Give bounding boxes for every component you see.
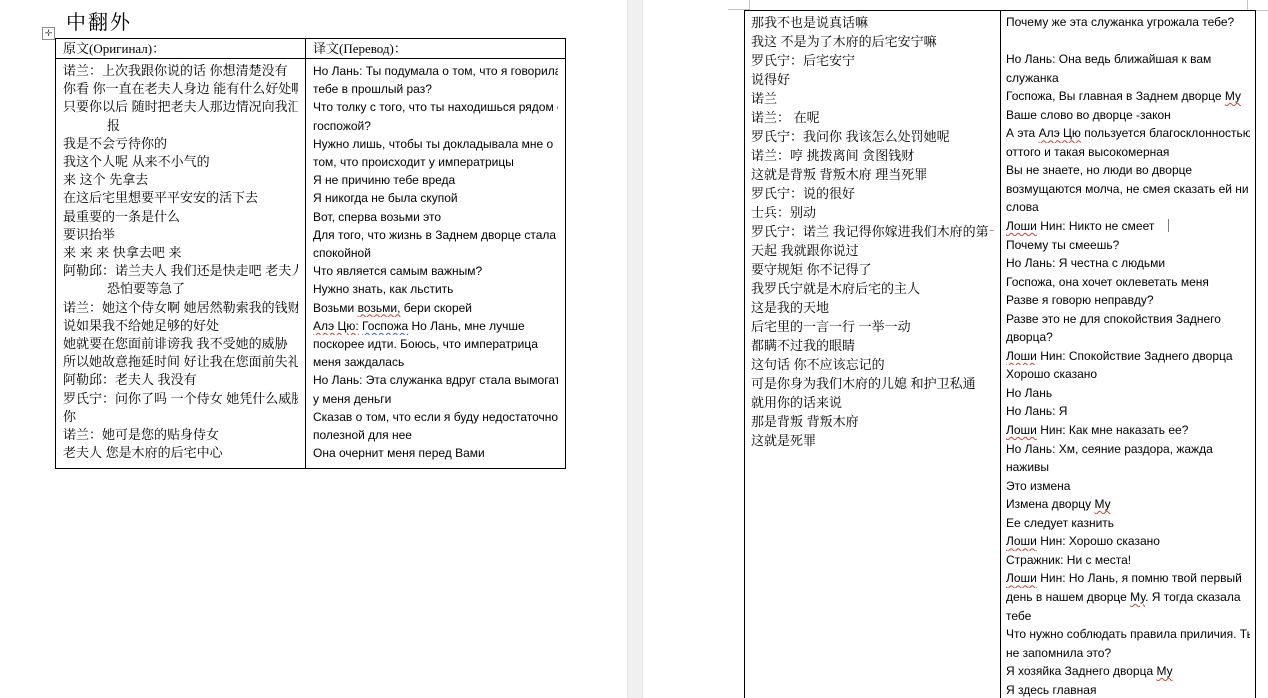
dialog-line: Лоши Нин: Никто не смеет [1006, 217, 1250, 236]
dialog-line: госпожой? [313, 117, 558, 135]
dialog-line: 我罗氏宁就是木府后宅的主人 [751, 279, 994, 298]
text-boundary-mark-left [728, 0, 750, 10]
column-header-target[interactable]: 译文(Перевод)： [306, 39, 565, 59]
page-2: 那我不也是说真话嘛我这 不是为了木府的后宅安宁嘛罗氏宁：后宅安宁说得好诺兰诺兰：… [643, 0, 1268, 698]
dialog-line: Я не причиню тебе вреда [313, 171, 558, 189]
dialog-line: Но Лань [1006, 384, 1250, 403]
dialog-line: Лоши Нин: Как мне наказать ее? [1006, 421, 1250, 440]
document-title: 中翻外 [66, 6, 132, 35]
dialog-line: 这句话 你不应该忘记的 [751, 355, 994, 374]
dialog-line: Но Лань: Я честна с людьми [1006, 254, 1250, 273]
source-text-cell[interactable]: 那我不也是说真话嘛我这 不是为了木府的后宅安宁嘛罗氏宁：后宅安宁说得好诺兰诺兰：… [745, 11, 1001, 698]
dialog-line: Нужно лишь, чтобы ты докладывала мне о [313, 135, 558, 153]
dialog-line: тебе в прошлый раз? [313, 80, 558, 98]
dialog-line: 阿勒邱：老夫人 我没有 [63, 371, 298, 389]
dialog-line: Но Лань: Она ведь ближайшая к вам [1006, 50, 1250, 69]
dialog-line: 来 来 来 快拿去吧 来 [63, 244, 298, 262]
dialog-line: Но Лань: Эта служанка вдруг стала вымога… [313, 371, 558, 389]
dialog-line: Возьми возьми, бери скорей [313, 299, 558, 317]
dialog-line: 诺兰： 在呢 [751, 108, 994, 127]
dialog-line: 天起 我就跟你说过 [751, 241, 994, 260]
dialog-line: Она очернит меня перед Вами [313, 444, 558, 462]
misspelled-word: Госпожа [362, 319, 408, 333]
dialog-line: Лоши Нин: Но Лань, я помню твой первый [1006, 569, 1250, 588]
dialog-line: Я никогда не была скупой [313, 189, 558, 207]
dialog-line: Я здесь главная [1006, 681, 1250, 698]
page-1: 中翻外 ✛ 原文(Оригинал)： 译文(Перевод)： 诺兰：上次我跟… [0, 0, 627, 698]
dialog-line: том, что происходит у императрицы [313, 153, 558, 171]
dialog-line: 就用你的话来说 [751, 393, 994, 412]
word-document-view: 中翻外 ✛ 原文(Оригинал)： 译文(Перевод)： 诺兰：上次我跟… [0, 0, 1268, 698]
misspelled-word: Му [1156, 664, 1172, 678]
dialog-line: Лоши Нин: Спокойствие Заднего дворца [1006, 347, 1250, 366]
dialog-line: 这就是死罪 [751, 431, 994, 450]
dialog-line: 罗氏宁：诺兰 我记得你嫁进我们木府的第一 [751, 222, 994, 241]
dialog-line: 说得好 [751, 70, 994, 89]
dialog-line: Госпожа, Вы главная в Заднем дворце Му [1006, 87, 1250, 106]
dialog-line: 你看 你一直在老夫人身边 能有什么好处啊 [63, 80, 298, 98]
target-text-cell[interactable]: Но Лань: Ты подумала о том, что я говори… [306, 59, 565, 468]
page-gap-divider [627, 0, 643, 698]
dialog-line: Стражник: Ни с места! [1006, 551, 1250, 570]
dialog-line: Ваше слово во дворце -закон [1006, 106, 1250, 125]
dialog-line: служанка [1006, 69, 1250, 88]
column-header-source[interactable]: 原文(Оригинал)： [56, 39, 306, 59]
misspelled-word: Му [1130, 590, 1145, 604]
dialog-line: слова [1006, 198, 1250, 217]
dialog-line: спокойной [313, 244, 558, 262]
dialog-line: Но Лань: Я [1006, 402, 1250, 421]
dialog-line: 可是你身为我们木府的儿媳 和护卫私通 [751, 374, 994, 393]
dialog-line: 我这 不是为了木府的后宅安宁嘛 [751, 32, 994, 51]
misspelled-word: Лоши [1006, 219, 1037, 233]
dialog-line: не запомнила это? [1006, 644, 1250, 663]
dialog-line: у меня деньги [313, 390, 558, 408]
dialog-line: меня заждалась [313, 353, 558, 371]
dialog-line: 罗氏宁：说的很好 [751, 184, 994, 203]
dialog-line: 士兵：别动 [751, 203, 994, 222]
misspelled-word: Лоши [1006, 349, 1037, 363]
dialog-line: 诺兰：上次我跟你说的话 你想清楚没有 [63, 62, 298, 80]
dialog-line: 罗氏宁：我问你 我该怎么处罚她呢 [751, 127, 994, 146]
dialog-line: 报 [63, 117, 298, 135]
dialog-line: 我这个人呢 从来不小气的 [63, 153, 298, 171]
misspelled-word: Лоши [1006, 571, 1037, 585]
dialog-line: 阿勒邱：诺兰夫人 我们还是快走吧 老夫人 [63, 262, 298, 280]
dialog-line: Ее следует казнить [1006, 514, 1250, 533]
table-body-row: 诺兰：上次我跟你说的话 你想清楚没有你看 你一直在老夫人身边 能有什么好处啊只要… [56, 59, 565, 468]
dialog-line: Почему же эта служанка угрожала тебе? [1006, 13, 1250, 32]
misspelled-word: Лоши [1006, 423, 1037, 437]
dialog-line: Вот, сперва возьми это [313, 208, 558, 226]
misspelled-word: Алэ Цю: [313, 319, 359, 333]
dialog-line: 她就要在您面前诽谤我 我不受她的威胁 [63, 335, 298, 353]
dialog-line: Что толку с того, что ты находишься рядо… [313, 98, 558, 116]
dialog-line: 罗氏宁：后宅安宁 [751, 51, 994, 70]
dialog-line: Сказав о том, что если я буду недостаточ… [313, 408, 558, 426]
dialog-line: Вы не знаете, но люди во дворце [1006, 161, 1250, 180]
dialog-line: Измена дворцу Му [1006, 495, 1250, 514]
dialog-line: 诺兰 [751, 89, 994, 108]
misspelled-word: Му [1094, 497, 1110, 511]
dialog-line: 要守规矩 你不记得了 [751, 260, 994, 279]
misspelled-word: возьми, [358, 301, 401, 315]
dialog-line: 你 [63, 408, 298, 426]
dialog-line: Но Лань: Хм, сеяние раздора, жажда [1006, 440, 1250, 459]
dialog-line: 恐怕要等急了 [63, 280, 298, 298]
dialog-line: Для того, что жизнь в Заднем дворце стал… [313, 226, 558, 244]
dialog-line: полезной для нее [313, 426, 558, 444]
dialog-line: оттого и такая высокомерная [1006, 143, 1250, 162]
dialog-line: Почему ты смеешь? [1006, 236, 1250, 255]
dialog-line: 都瞒不过我的眼睛 [751, 336, 994, 355]
dialog-line: возмущаются молча, не смея сказать ей ни [1006, 180, 1250, 199]
text-cursor [1168, 219, 1169, 232]
dialog-line: 后宅里的一言一行 一举一动 [751, 317, 994, 336]
dialog-line: 诺兰：哼 挑拨离间 贪图钱财 [751, 146, 994, 165]
dialog-line: 最重要的一条是什么 [63, 208, 298, 226]
dialog-line [1006, 32, 1250, 51]
dialog-line: дворца? [1006, 328, 1250, 347]
dialog-line: 诺兰：她这个侍女啊 她居然勒索我的钱财 [63, 299, 298, 317]
dialog-line: Разве я говорю неправду? [1006, 291, 1250, 310]
dialog-line: 来 这个 先拿去 [63, 171, 298, 189]
dialog-line: Алэ Цю: Госпожа Но Лань, мне лучше [313, 317, 558, 335]
dialog-line: Разве это не для спокойствия Заднего [1006, 310, 1250, 329]
dialog-line: наживы [1006, 458, 1250, 477]
dialog-line: 要识抬举 [63, 226, 298, 244]
dialog-line: Хорошо сказано [1006, 365, 1250, 384]
dialog-line: 这是我的天地 [751, 298, 994, 317]
dialog-line: поскорее идти. Боюсь, что императрица [313, 335, 558, 353]
dialog-line: 只要你以后 随时把老夫人那边情况向我汇 [63, 98, 298, 116]
table-move-handle-icon[interactable]: ✛ [42, 27, 55, 40]
dialog-line: 说如果我不给她足够的好处 [63, 317, 298, 335]
dialog-line: Это измена [1006, 477, 1250, 496]
misspelled-word: Лоши [1006, 534, 1037, 548]
dialog-line: Лоши Нин: Хорошо сказано [1006, 532, 1250, 551]
dialog-line: Что является самым важным? [313, 262, 558, 280]
misspelled-word: Му [1225, 89, 1241, 103]
dialog-line: Нужно знать, как льстить [313, 280, 558, 298]
dialog-line: Что нужно соблюдать правила приличия. Ты [1006, 625, 1250, 644]
translation-table-page2: 那我不也是说真话嘛我这 不是为了木府的后宅安宁嘛罗氏宁：后宅安宁说得好诺兰诺兰：… [744, 10, 1256, 698]
dialog-line: день в нашем дворце Му. Я тогда сказала [1006, 588, 1250, 607]
dialog-line: Госпожа, она хочет оклеветать меня [1006, 273, 1250, 292]
dialog-line: 那是背叛 背叛木府 [751, 412, 994, 431]
dialog-line: Я хозяйка Заднего дворца Му [1006, 662, 1250, 681]
dialog-line: Но Лань: Ты подумала о том, что я говори… [313, 62, 558, 80]
translation-table-page1: 原文(Оригинал)： 译文(Перевод)： 诺兰：上次我跟你说的话 你… [55, 38, 566, 469]
dialog-line: А эта Алэ Цю пользуется благосклонностью… [1006, 124, 1250, 143]
target-text-cell[interactable]: Почему же эта служанка угрожала тебе? Но… [1001, 11, 1255, 698]
dialog-line: тебе [1006, 607, 1250, 626]
table-header-row: 原文(Оригинал)： 译文(Перевод)： [56, 39, 565, 59]
dialog-line: 这就是背叛 背叛木府 理当死罪 [751, 165, 994, 184]
dialog-line: 我是不会亏待你的 [63, 135, 298, 153]
dialog-line: 所以她故意拖延时间 好让我在您面前失礼 [63, 353, 298, 371]
dialog-line: 罗氏宁：问你了吗 一个侍女 她凭什么威胁 [63, 390, 298, 408]
dialog-line: 那我不也是说真话嘛 [751, 13, 994, 32]
misspelled-word: Алэ Цю [1039, 126, 1081, 140]
dialog-line: 在这后宅里想要平平安安的活下去 [63, 189, 298, 207]
source-text-cell[interactable]: 诺兰：上次我跟你说的话 你想清楚没有你看 你一直在老夫人身边 能有什么好处啊只要… [56, 59, 306, 468]
dialog-line: 老夫人 您是木府的后宅中心 [63, 444, 298, 462]
dialog-line: 诺兰：她可是您的贴身侍女 [63, 426, 298, 444]
move-glyph: ✛ [45, 28, 53, 38]
